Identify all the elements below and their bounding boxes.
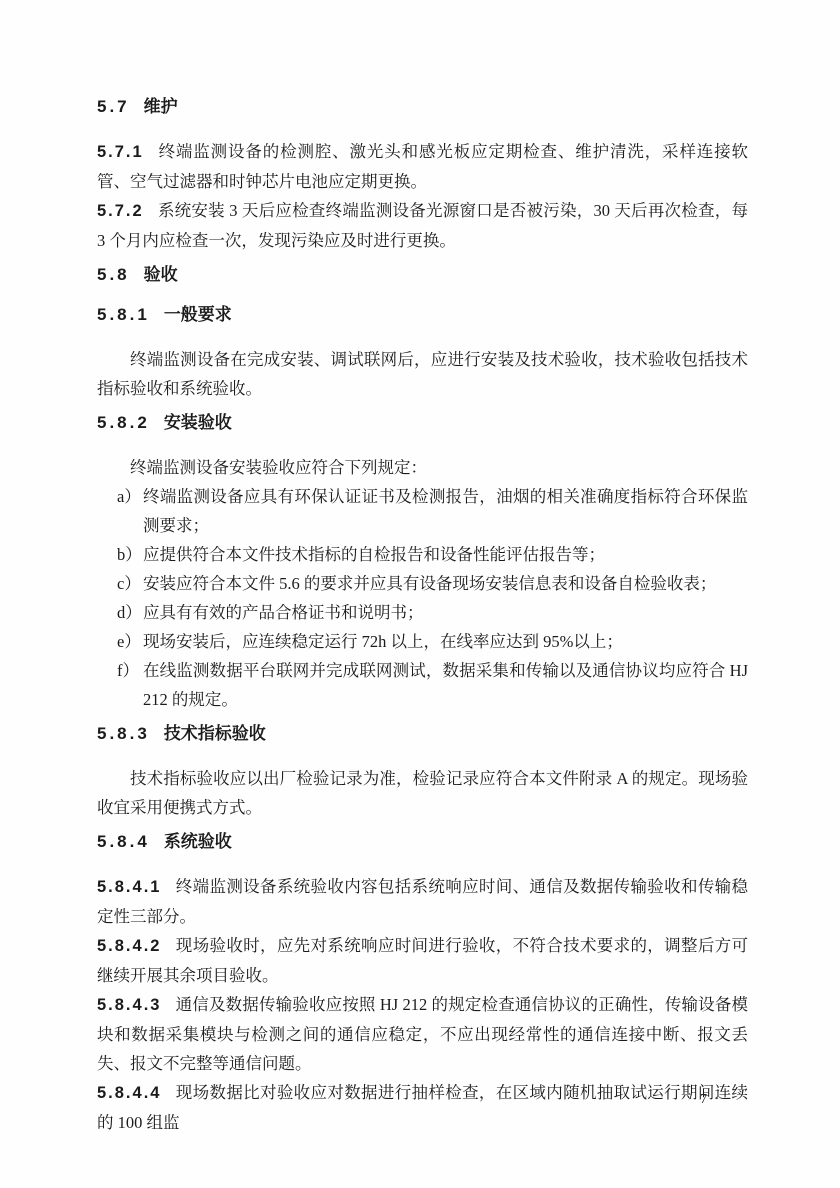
section-title: 安装验收: [164, 413, 232, 432]
list-item-label: c）: [117, 569, 141, 598]
list-item-a: a）终端监测设备应具有环保认证证书及检测报告，油烟的相关准确度指标符合环保监测要…: [97, 482, 748, 540]
section-heading-5-8-1: 5.8.1一般要求: [97, 305, 748, 325]
section-number: 5.8.2: [97, 413, 150, 432]
clause-text: 终端监测设备系统验收内容包括系统响应时间、通信及数据传输验收和传输稳定性三部分。: [97, 877, 748, 926]
document-body: 5.7维护 5.7.1终端监测设备的检测腔、激光头和感光板应定期检查、维护清洗，…: [97, 97, 748, 1137]
list-item-f: f）在线监测数据平台联网并完成联网测试，数据采集和传输以及通信协议均应符合 HJ…: [97, 656, 748, 714]
clause-5-8-4-3: 5.8.4.3通信及数据传输验收应按照 HJ 212 的规定检查通信协议的正确性…: [97, 990, 748, 1078]
section-title: 一般要求: [164, 305, 232, 324]
section-number: 5.7: [97, 97, 130, 116]
list-item-label: d）: [117, 598, 142, 627]
clause-5-7-2: 5.7.2系统安装 3 天后应检查终端监测设备光源窗口是否被污染，30 天后再次…: [97, 196, 748, 255]
list-item-text: 应提供符合本文件技术指标的自检报告和设备性能评估报告等；: [143, 545, 605, 564]
list-item-d: d）应具有有效的产品合格证书和说明书；: [97, 598, 748, 627]
clause-text: 通信及数据传输验收应按照 HJ 212 的规定检查通信协议的正确性，传输设备模块…: [97, 995, 748, 1073]
section-title: 系统验收: [164, 832, 232, 851]
clause-text: 系统安装 3 天后应检查终端监测设备光源窗口是否被污染，30 天后再次检查，每 …: [97, 201, 748, 250]
list-item-text: 应具有有效的产品合格证书和说明书；: [143, 603, 424, 622]
section-title: 技术指标验收: [164, 724, 266, 743]
paragraph-install-acceptance-intro: 终端监测设备安装验收应符合下列规定：: [97, 453, 748, 482]
list-item-text: 现场安装后，应连续稳定运行 72h 以上，在线率应达到 95%以上；: [143, 632, 623, 651]
list-item-b: b）应提供符合本文件技术指标的自检报告和设备性能评估报告等；: [97, 540, 748, 569]
list-item-label: e）: [117, 627, 141, 656]
list-item-text: 终端监测设备应具有环保认证证书及检测报告，油烟的相关准确度指标符合环保监测要求；: [143, 487, 748, 535]
section-number: 5.8.3: [97, 724, 150, 743]
section-heading-5-7: 5.7维护: [97, 97, 748, 117]
clause-text: 终端监测设备的检测腔、激光头和感光板应定期检查、维护清洗，采样连接软管、空气过滤…: [97, 142, 748, 191]
clause-5-8-4-2: 5.8.4.2现场验收时，应先对系统响应时间进行验收，不符合技术要求的，调整后方…: [97, 931, 748, 990]
list-item-e: e）现场安装后，应连续稳定运行 72h 以上，在线率应达到 95%以上；: [97, 627, 748, 656]
section-title: 维护: [144, 97, 178, 116]
section-number: 5.8: [97, 265, 130, 284]
document-page: 5.7维护 5.7.1终端监测设备的检测腔、激光头和感光板应定期检查、维护清洗，…: [0, 0, 840, 1188]
clause-number: 5.8.4.1: [97, 878, 161, 896]
section-heading-5-8: 5.8验收: [97, 265, 748, 285]
section-number: 5.8.1: [97, 305, 150, 324]
list-item-c: c）安装应符合本文件 5.6 的要求并应具有设备现场安装信息表和设备自检验收表；: [97, 569, 748, 598]
list-item-text: 安装应符合本文件 5.6 的要求并应具有设备现场安装信息表和设备自检验收表；: [143, 574, 716, 593]
section-title: 验收: [144, 265, 178, 284]
section-heading-5-8-3: 5.8.3技术指标验收: [97, 724, 748, 744]
page-number: · 7 ·: [688, 1091, 748, 1109]
section-number: 5.8.4: [97, 832, 150, 851]
clause-number: 5.8.4.2: [97, 937, 161, 955]
clause-number: 5.8.4.3: [97, 996, 161, 1014]
clause-5-8-4-4: 5.8.4.4现场数据比对验收应对数据进行抽样检查，在区域内随机抽取试运行期间连…: [97, 1078, 748, 1137]
clause-number: 5.7.1: [97, 143, 144, 161]
clause-number: 5.8.4.4: [97, 1084, 161, 1102]
clause-text: 现场数据比对验收应对数据进行抽样检查，在区域内随机抽取试运行期间连续的 100 …: [97, 1083, 748, 1132]
list-item-label: b）: [117, 540, 142, 569]
clause-text: 现场验收时，应先对系统响应时间进行验收，不符合技术要求的，调整后方可继续开展其余…: [97, 936, 748, 985]
section-heading-5-8-2: 5.8.2安装验收: [97, 413, 748, 433]
clause-5-7-1: 5.7.1终端监测设备的检测腔、激光头和感光板应定期检查、维护清洗，采样连接软管…: [97, 137, 748, 196]
paragraph-technical-indicator-acceptance: 技术指标验收应以出厂检验记录为准，检验记录应符合本文件附录 A 的规定。现场验收…: [97, 764, 748, 822]
clause-number: 5.7.2: [97, 202, 144, 220]
section-heading-5-8-4: 5.8.4系统验收: [97, 832, 748, 852]
list-item-label: a）: [117, 482, 141, 511]
paragraph-general-requirements: 终端监测设备在完成安装、调试联网后，应进行安装及技术验收，技术验收包括技术指标验…: [97, 345, 748, 403]
list-item-label: f）: [117, 656, 139, 685]
list-item-text: 在线监测数据平台联网并完成联网测试，数据采集和传输以及通信协议均应符合 HJ 2…: [143, 661, 748, 709]
clause-5-8-4-1: 5.8.4.1终端监测设备系统验收内容包括系统响应时间、通信及数据传输验收和传输…: [97, 872, 748, 931]
